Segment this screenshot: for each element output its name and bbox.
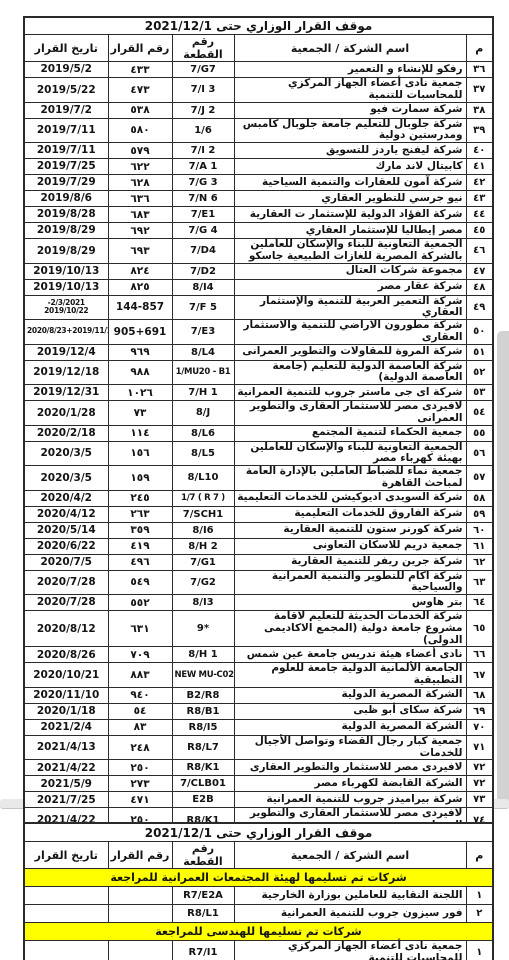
decision-date-cell: 2019/7/11 <box>24 118 108 143</box>
decision-number-cell: ٦٢٨ <box>108 175 172 191</box>
table-title-row: موقف القرار الوزاري حتى 2021/12/1 <box>24 17 493 35</box>
table-row: ٦٠شركة كورنر ستون للتنمية العقارية8/I6٣٥… <box>24 522 493 538</box>
section-banner: شركات تم تسليمها لهيئة المجتمعات العمران… <box>24 869 493 887</box>
table-row: ٦٧الجامعة الألمانية الدولية جامعة للعلوم… <box>24 663 493 688</box>
decision-number-cell: 905+691 <box>108 320 172 345</box>
company-name-cell: رفكو للإنشاء و التعمير <box>234 62 466 78</box>
table-title: موقف القرار الوزاري حتى 2021/12/1 <box>24 17 493 35</box>
table-row: ٤٠شركة ليفنج ياردز للتسويق7/I 2٥٧٩2019/7… <box>24 143 493 159</box>
decision-number-cell: ٥٧٩ <box>108 143 172 159</box>
company-name-cell: الشركة المصرية الدولية <box>234 719 466 735</box>
row-index-cell: ٤٥ <box>466 223 493 239</box>
company-name-cell: شركة بيراميدز جروب للتنمية العمرانية <box>234 792 466 808</box>
header-index: م <box>466 35 493 62</box>
plot-number-cell: 7/G 4 <box>172 223 234 239</box>
decision-date-cell: 2020/5/14 <box>24 522 108 538</box>
section-banner-row: شركات تم تسليمها لهيئة المجتمعات العمران… <box>24 869 493 887</box>
row-index-cell: ٧٢ <box>466 760 493 776</box>
decision-date-cell: 2020/10/21 <box>24 663 108 688</box>
decision-number-cell: 144-857 <box>108 295 172 320</box>
row-index-cell: ٧٠ <box>466 719 493 735</box>
table-row: ٥٤لافيردى مصر للاستثمار العقارى والتطوير… <box>24 401 493 426</box>
row-index-cell: ٥١ <box>466 344 493 360</box>
decision-date-cell: 2020/4/12 <box>24 506 108 522</box>
decision-date-cell: 2019/10/13 <box>24 279 108 295</box>
company-name-cell: شركة الفؤاد الدولية للإستثمار ت العقارية <box>234 207 466 223</box>
decision-date-cell: 2019/10/13 <box>24 263 108 279</box>
table-row: ٦٢شركة جرين ريفر للتنمية العقارية7/G1٤٩٦… <box>24 554 493 570</box>
table-row: ٣٩شركة جلوبال للتعليم جامعة جلوبال كامبس… <box>24 118 493 143</box>
plot-number-cell: R7/I1 <box>172 941 234 960</box>
section-banner: شركات تم تسليمها للهندسى للمراجعة <box>24 923 493 941</box>
decision-number-cell: ٢٦٣ <box>108 506 172 522</box>
plot-number-cell: 8/L5 <box>172 441 234 466</box>
row-index-cell: ٢ <box>466 905 493 923</box>
decision-number-cell <box>108 941 172 960</box>
plot-number-cell: 8/I3 <box>172 595 234 611</box>
company-name-cell: لافيردى مصر للاستثمار العقارى والتطوير ا… <box>234 401 466 426</box>
decision-number-cell: ٥٤ <box>108 703 172 719</box>
row-index-cell: ٥٦ <box>466 441 493 466</box>
table-row: ٤٩شركة التعمير العربية للتنمية والإستثما… <box>24 295 493 320</box>
row-index-cell: ٦٥ <box>466 611 493 647</box>
row-index-cell: ٥٧ <box>466 466 493 491</box>
decision-number-cell: ٩٨٨ <box>108 360 172 385</box>
row-index-cell: ٤٦ <box>466 239 493 264</box>
row-index-cell: ٥٢ <box>466 360 493 385</box>
table-row: ٤٤شركة الفؤاد الدولية للإستثمار ت العقار… <box>24 207 493 223</box>
plot-number-cell: NEW MU-C02 <box>172 663 234 688</box>
plot-number-cell: 8/L6 <box>172 425 234 441</box>
decision-number-cell <box>108 905 172 923</box>
decision-number-cell: ٥٣٨ <box>108 102 172 118</box>
row-index-cell: ٤٢ <box>466 175 493 191</box>
table-row: ٤٥مصر إيطاليا للإستثمار العقاري7/G 4٦٩٢2… <box>24 223 493 239</box>
row-index-cell: ٧١ <box>466 735 493 760</box>
decision-number-cell: ٦٢٢ <box>108 159 172 175</box>
table-row: ٥٢شركة العاصمة الدولية للتعليم (جامعة ال… <box>24 360 493 385</box>
plot-number-cell: 7/G 3 <box>172 175 234 191</box>
decision-number-cell: ٨٣ <box>108 719 172 735</box>
decision-number-cell: ٧٠٩ <box>108 647 172 663</box>
decision-date-cell: 2020/11/10 <box>24 687 108 703</box>
ministerial-decision-table-2: موقف القرار الوزاري حتى 2021/12/1 م اسم … <box>23 822 494 960</box>
table-row: ٦١جمعية دريم للاسكان التعاونى8/H 2٤١٩202… <box>24 538 493 554</box>
company-name-cell: اللجنة النقابية للعاملين بوزارة الخارجية <box>234 887 466 905</box>
row-index-cell: ٤٣ <box>466 191 493 207</box>
table-row: ٤٦الجمعية التعاونية للبناء والإسكان للعا… <box>24 239 493 264</box>
plot-number-cell: R8/B1 <box>172 703 234 719</box>
company-name-cell: الجامعة الألمانية الدولية جامعة للعلوم ا… <box>234 663 466 688</box>
company-name-cell: شركة الخدمات الحديثة للتعليم لاقامة مشرو… <box>234 611 466 647</box>
header-decision-date: تاريخ القرار <box>24 842 108 869</box>
company-name-cell: شركة جرين ريفر للتنمية العقارية <box>234 554 466 570</box>
decision-number-cell: ٤١٩ <box>108 538 172 554</box>
plot-number-cell: 7/E3 <box>172 320 234 345</box>
decision-number-cell: ٦٩٣ <box>108 239 172 264</box>
company-name-cell: شركة التعمير العربية للتنمية والإستثمار … <box>234 295 466 320</box>
decision-number-cell: ٨٨٣ <box>108 663 172 688</box>
plot-number-cell: 7/N 6 <box>172 191 234 207</box>
company-name-cell: شركة العاصمة الدولية للتعليم (جامعة العا… <box>234 360 466 385</box>
table-row: ٧٢الشركة القابضة لكهرباء مصر7/CLB01٢٧٣20… <box>24 776 493 792</box>
decision-number-cell: ٤٩٦ <box>108 554 172 570</box>
table-row: ٥٩شركة الفاروق للخدمات التعليمية7/SCH1٢٦… <box>24 506 493 522</box>
row-index-cell: ٧٢ <box>466 776 493 792</box>
plot-number-cell: 8/I6 <box>172 522 234 538</box>
decision-number-cell: ٩٤٠ <box>108 687 172 703</box>
company-name-cell: شركة اكام للتطوير والتنمية العمرانية وال… <box>234 570 466 595</box>
company-name-cell: شركة كورنر ستون للتنمية العقارية <box>234 522 466 538</box>
plot-number-cell: B2/R8 <box>172 687 234 703</box>
table-title: موقف القرار الوزاري حتى 2021/12/1 <box>24 823 493 842</box>
plot-number-cell: 8/L4 <box>172 344 234 360</box>
row-index-cell: ٤٩ <box>466 295 493 320</box>
company-name-cell: جمعية دريم للاسكان التعاونى <box>234 538 466 554</box>
decision-date-cell: 2019/7/29 <box>24 175 108 191</box>
company-name-cell: شركة الفاروق للخدمات التعليمية <box>234 506 466 522</box>
row-index-cell: ٦٣ <box>466 570 493 595</box>
decision-date-cell: 2019/12/31 <box>24 385 108 401</box>
table-row: ٥٨شركة السويدى اديوكيشن للخدمات التعليمي… <box>24 490 493 506</box>
company-name-cell: شركة سكاى أبو ظبى <box>234 703 466 719</box>
header-company-name: اسم الشركة / الجمعية <box>234 35 466 62</box>
decision-number-cell: ٢٤٥ <box>108 490 172 506</box>
decision-number-cell: ٧٣ <box>108 401 172 426</box>
table-row: ٣٦رفكو للإنشاء و التعمير7/G7٤٣٣2019/5/2 <box>24 62 493 78</box>
table-row: ٥٧جمعية نماء للضباط العاملين بالإدارة ال… <box>24 466 493 491</box>
decision-number-cell: ٨٢٥ <box>108 279 172 295</box>
plot-number-cell: 8/H 1 <box>172 647 234 663</box>
table-row: ٥٠شركة مطورون الاراضي للتنمية والاستثمار… <box>24 320 493 345</box>
decision-date-cell: 2019/8/28 <box>24 207 108 223</box>
row-index-cell: ٥٣ <box>466 385 493 401</box>
row-index-cell: ٦٤ <box>466 595 493 611</box>
row-index-cell: ٤٨ <box>466 279 493 295</box>
row-index-cell: ٧٣ <box>466 792 493 808</box>
table-row: ٤٣نيو جرسي للتطوير العقاري7/N 6٦٣٦2019/8… <box>24 191 493 207</box>
plot-number-cell: 7/CLB01 <box>172 776 234 792</box>
decision-number-cell: ١٥٦ <box>108 441 172 466</box>
header-company-name: اسم الشركة / الجمعية <box>234 842 466 869</box>
table-row: ٦٥شركة الخدمات الحديثة للتعليم لاقامة مش… <box>24 611 493 647</box>
plot-number-cell: 7/F 5 <box>172 295 234 320</box>
row-index-cell: ٣٧ <box>466 78 493 103</box>
company-name-cell: شركة اى جى ماستر جروب للتنمية العمرانية <box>234 385 466 401</box>
decision-number-cell: ٢٧٣ <box>108 776 172 792</box>
company-name-cell: شركة مطورون الاراضي للتنمية والاستثمار ا… <box>234 320 466 345</box>
plot-number-cell: 7/H 1 <box>172 385 234 401</box>
plot-number-cell: 7/I 2 <box>172 143 234 159</box>
company-name-cell: كابيتال لاند مارك <box>234 159 466 175</box>
decision-date-cell: 2020/8/23+2019/11/17 <box>24 320 108 345</box>
plot-number-cell: 7/I 3 <box>172 78 234 103</box>
decision-number-cell: ١٠٢٦ <box>108 385 172 401</box>
company-name-cell: شركة جلوبال للتعليم جامعة جلوبال كامبس و… <box>234 118 466 143</box>
table-header-row: م اسم الشركة / الجمعية رقم القطعة رقم ال… <box>24 842 493 869</box>
plot-number-cell: 7/D4 <box>172 239 234 264</box>
plot-number-cell: 7/SCH1 <box>172 506 234 522</box>
decision-date-cell: 2020/8/12 <box>24 611 108 647</box>
page-edge-shadow <box>497 331 509 805</box>
table-row: ٥٣شركة اى جى ماستر جروب للتنمية العمراني… <box>24 385 493 401</box>
decision-number-cell: ٦٣٦ <box>108 191 172 207</box>
decision-date-cell: 2019/5/22 <box>24 78 108 103</box>
decision-number-cell: ٥٥٢ <box>108 595 172 611</box>
decision-date-cell: 2020/3/5 <box>24 441 108 466</box>
company-name-cell: نيو جرسي للتطوير العقاري <box>234 191 466 207</box>
table-row: ٦٨الشركة المصرية الدوليةB2/R8٩٤٠2020/11/… <box>24 687 493 703</box>
decision-number-cell: ٣٥٩ <box>108 522 172 538</box>
table-row: ٤١كابيتال لاند مارك7/A 1٦٢٢2019/7/25 <box>24 159 493 175</box>
row-index-cell: ٦٩ <box>466 703 493 719</box>
section-banner-row: شركات تم تسليمها للهندسى للمراجعة <box>24 923 493 941</box>
company-name-cell: جمعية الحكماء لتنمية المجتمع <box>234 425 466 441</box>
decision-date-cell <box>24 905 108 923</box>
company-name-cell: جمعية نادى أعضاء الجهاز المركزي للمحاسبا… <box>234 78 466 103</box>
header-decision-number: رقم القرار <box>108 842 172 869</box>
decision-number-cell: ٤٧١ <box>108 792 172 808</box>
decision-date-cell: 2019/7/2 <box>24 102 108 118</box>
company-name-cell: شركة آمون للعقارات والتنمية السياحية <box>234 175 466 191</box>
decision-date-cell: 2020/7/28 <box>24 570 108 595</box>
decision-date-cell: 2019/8/29 <box>24 223 108 239</box>
decision-number-cell: ٥٤٩ <box>108 570 172 595</box>
company-name-cell: فور سيزون جروب للتنمية العمرانية <box>234 905 466 923</box>
decision-date-cell: 2020/8/26 <box>24 647 108 663</box>
plot-number-cell: 7/G2 <box>172 570 234 595</box>
ministerial-decision-table-1: موقف القرار الوزاري حتى 2021/12/1 م اسم … <box>23 16 494 834</box>
decision-number-cell: ٦٩٢ <box>108 223 172 239</box>
decision-date-cell <box>24 887 108 905</box>
plot-number-cell: R8/L7 <box>172 735 234 760</box>
row-index-cell: ٦٢ <box>466 554 493 570</box>
decision-number-cell: ١٥٩ <box>108 466 172 491</box>
decision-date-cell: 2020/6/22 <box>24 538 108 554</box>
decision-number-cell: ٢٥٠ <box>108 760 172 776</box>
header-decision-date: تاريخ القرار <box>24 35 108 62</box>
decision-date-cell: 2019/7/25 <box>24 159 108 175</box>
table-row: ٤٢شركة آمون للعقارات والتنمية السياحية7/… <box>24 175 493 191</box>
table-header-row: م اسم الشركة / الجمعية رقم القطعة رقم ال… <box>24 35 493 62</box>
table-row: ٧٠الشركة المصرية الدوليةR8/I5٨٣2021/2/4 <box>24 719 493 735</box>
decision-date-cell: 2019/7/11 <box>24 143 108 159</box>
decision-date-cell: 2019/8/6 <box>24 191 108 207</box>
company-name-cell: جمعية كبار رجال القضاء وتواصل الأجيال لل… <box>234 735 466 760</box>
row-index-cell: ٤١ <box>466 159 493 175</box>
company-name-cell: الجمعية التعاونية للبناء والإسكان للعامل… <box>234 441 466 466</box>
decision-number-cell: ٨٢٤ <box>108 263 172 279</box>
row-index-cell: ٣٨ <box>466 102 493 118</box>
decision-number-cell <box>108 887 172 905</box>
plot-number-cell: 7/J 2 <box>172 102 234 118</box>
decision-date-cell: 2020/2/18 <box>24 425 108 441</box>
table-row: ٧٢لافيردى مصر للاستثمار والتطوير العقارى… <box>24 760 493 776</box>
plot-number-cell: R8/I5 <box>172 719 234 735</box>
decision-number-cell: ٦٣١ <box>108 611 172 647</box>
company-name-cell: مجموعة شركات العتال <box>234 263 466 279</box>
row-index-cell: ١ <box>466 941 493 960</box>
scanned-document-page: { "doc": { "accent_yellow": "#ffff00", "… <box>0 0 509 960</box>
header-index: م <box>466 842 493 869</box>
company-name-cell: شركة المروة للمقاولات والتطوير العمرانى <box>234 344 466 360</box>
table-row: ٦٤بتر هاوس8/I3٥٥٢2020/7/28 <box>24 595 493 611</box>
row-index-cell: ٤٠ <box>466 143 493 159</box>
plot-number-cell: 8/L10 <box>172 466 234 491</box>
decision-date-cell: 2019/8/29 <box>24 239 108 264</box>
decision-date-cell: 2021/4/22 <box>24 760 108 776</box>
company-name-cell: جمعية نادى أعضاء الجهاز المركزي للمحاسبا… <box>234 941 466 960</box>
decision-date-cell: 2021/5/9 <box>24 776 108 792</box>
decision-date-cell: 2020/7/5 <box>24 554 108 570</box>
table-row: ٥٦الجمعية التعاونية للبناء والإسكان للعا… <box>24 441 493 466</box>
row-index-cell: ٣٩ <box>466 118 493 143</box>
decision-date-cell: -2/3/2021 2019/10/22 <box>24 295 108 320</box>
company-name-cell: شركة سمارت فيو <box>234 102 466 118</box>
plot-number-cell: E2B <box>172 792 234 808</box>
decision-number-cell: ١١٤ <box>108 425 172 441</box>
row-index-cell: ٥٨ <box>466 490 493 506</box>
table-row: ١جمعية نادى أعضاء الجهاز المركزي للمحاسب… <box>24 941 493 960</box>
company-name-cell: لافيردى مصر للاستثمار والتطوير العقارى <box>234 760 466 776</box>
table-row: ٢فور سيزون جروب للتنمية العمرانيةR8/L1 <box>24 905 493 923</box>
table-row: ٤٨شركة عقار مصر8/I4٨٢٥2019/10/13 <box>24 279 493 295</box>
header-plot-number: رقم القطعة <box>172 842 234 869</box>
table-row: ٧٣شركة بيراميدز جروب للتنمية العمرانيةE2… <box>24 792 493 808</box>
row-index-cell: ٦٨ <box>466 687 493 703</box>
plot-number-cell: 7/A 1 <box>172 159 234 175</box>
plot-number-cell: 1/7 ( R 7 ) <box>172 490 234 506</box>
decision-number-cell: ٥٨٠ <box>108 118 172 143</box>
table-row: ٧١جمعية كبار رجال القضاء وتواصل الأجيال … <box>24 735 493 760</box>
decision-date-cell: 2020/1/28 <box>24 401 108 426</box>
plot-number-cell: 7/G7 <box>172 62 234 78</box>
plot-number-cell: 1/MU20 - B1 <box>172 360 234 385</box>
decision-number-cell: ٢٤٨ <box>108 735 172 760</box>
table-row: ٦٣شركة اكام للتطوير والتنمية العمرانية و… <box>24 570 493 595</box>
decision-date-cell: 2020/7/28 <box>24 595 108 611</box>
decision-number-cell: ٦٨٣ <box>108 207 172 223</box>
plot-number-cell: R7/E2A <box>172 887 234 905</box>
plot-number-cell: 7/E1 <box>172 207 234 223</box>
table-row: ٥٥جمعية الحكماء لتنمية المجتمع8/L6١١٤202… <box>24 425 493 441</box>
header-decision-number: رقم القرار <box>108 35 172 62</box>
company-name-cell: الشركة القابضة لكهرباء مصر <box>234 776 466 792</box>
decision-date-cell: 2020/4/2 <box>24 490 108 506</box>
decision-date-cell: 2020/3/5 <box>24 466 108 491</box>
decision-date-cell: 2020/1/18 <box>24 703 108 719</box>
table-row: ٥١شركة المروة للمقاولات والتطوير العمران… <box>24 344 493 360</box>
decision-number-cell: ٤٧٣ <box>108 78 172 103</box>
plot-number-cell: 8/J <box>172 401 234 426</box>
table-row: ٤٧مجموعة شركات العتال7/D2٨٢٤2019/10/13 <box>24 263 493 279</box>
decision-date-cell: 2021/7/25 <box>24 792 108 808</box>
plot-number-cell: R8/L1 <box>172 905 234 923</box>
row-index-cell: ٦٧ <box>466 663 493 688</box>
plot-number-cell: 8/I4 <box>172 279 234 295</box>
company-name-cell: شركة السويدى اديوكيشن للخدمات التعليمية <box>234 490 466 506</box>
row-index-cell: ٥٠ <box>466 320 493 345</box>
row-index-cell: ٦١ <box>466 538 493 554</box>
table-title-row: موقف القرار الوزاري حتى 2021/12/1 <box>24 823 493 842</box>
decision-date-cell <box>24 941 108 960</box>
company-name-cell: مصر إيطاليا للإستثمار العقاري <box>234 223 466 239</box>
table-row: ٦٦نادى أعضاء هيئة تدريس جامعة عين شمس8/H… <box>24 647 493 663</box>
company-name-cell: بتر هاوس <box>234 595 466 611</box>
table-row: ٣٨شركة سمارت فيو7/J 2٥٣٨2019/7/2 <box>24 102 493 118</box>
row-index-cell: ٥٥ <box>466 425 493 441</box>
decision-date-cell: 2019/5/2 <box>24 62 108 78</box>
company-name-cell: شركة عقار مصر <box>234 279 466 295</box>
company-name-cell: الشركة المصرية الدولية <box>234 687 466 703</box>
plot-number-cell: 8/H 2 <box>172 538 234 554</box>
header-plot-number: رقم القطعة <box>172 35 234 62</box>
row-index-cell: ٦٦ <box>466 647 493 663</box>
row-index-cell: ١ <box>466 887 493 905</box>
decision-number-cell: ٩٦٩ <box>108 344 172 360</box>
company-name-cell: الجمعية التعاونية للبناء والإسكان للعامل… <box>234 239 466 264</box>
row-index-cell: ٦٠ <box>466 522 493 538</box>
table-row: ٦٩شركة سكاى أبو ظبىR8/B1٥٤2020/1/18 <box>24 703 493 719</box>
plot-number-cell: 9* <box>172 611 234 647</box>
decision-date-cell: 2019/12/18 <box>24 360 108 385</box>
company-name-cell: جمعية نماء للضباط العاملين بالإدارة العا… <box>234 466 466 491</box>
row-index-cell: ٥٤ <box>466 401 493 426</box>
table-row: ٣٧جمعية نادى أعضاء الجهاز المركزي للمحاس… <box>24 78 493 103</box>
row-index-cell: ٤٤ <box>466 207 493 223</box>
plot-number-cell: 1/6 <box>172 118 234 143</box>
table-row: ١اللجنة النقابية للعاملين بوزارة الخارجي… <box>24 887 493 905</box>
company-name-cell: نادى أعضاء هيئة تدريس جامعة عين شمس <box>234 647 466 663</box>
plot-number-cell: 7/G1 <box>172 554 234 570</box>
row-index-cell: ٣٦ <box>466 62 493 78</box>
company-name-cell: شركة ليفنج ياردز للتسويق <box>234 143 466 159</box>
row-index-cell: ٥٩ <box>466 506 493 522</box>
plot-number-cell: R8/K1 <box>172 760 234 776</box>
row-index-cell: ٤٧ <box>466 263 493 279</box>
decision-date-cell: 2021/2/4 <box>24 719 108 735</box>
decision-date-cell: 2021/4/13 <box>24 735 108 760</box>
decision-number-cell: ٤٣٣ <box>108 62 172 78</box>
plot-number-cell: 7/D2 <box>172 263 234 279</box>
decision-date-cell: 2019/12/4 <box>24 344 108 360</box>
